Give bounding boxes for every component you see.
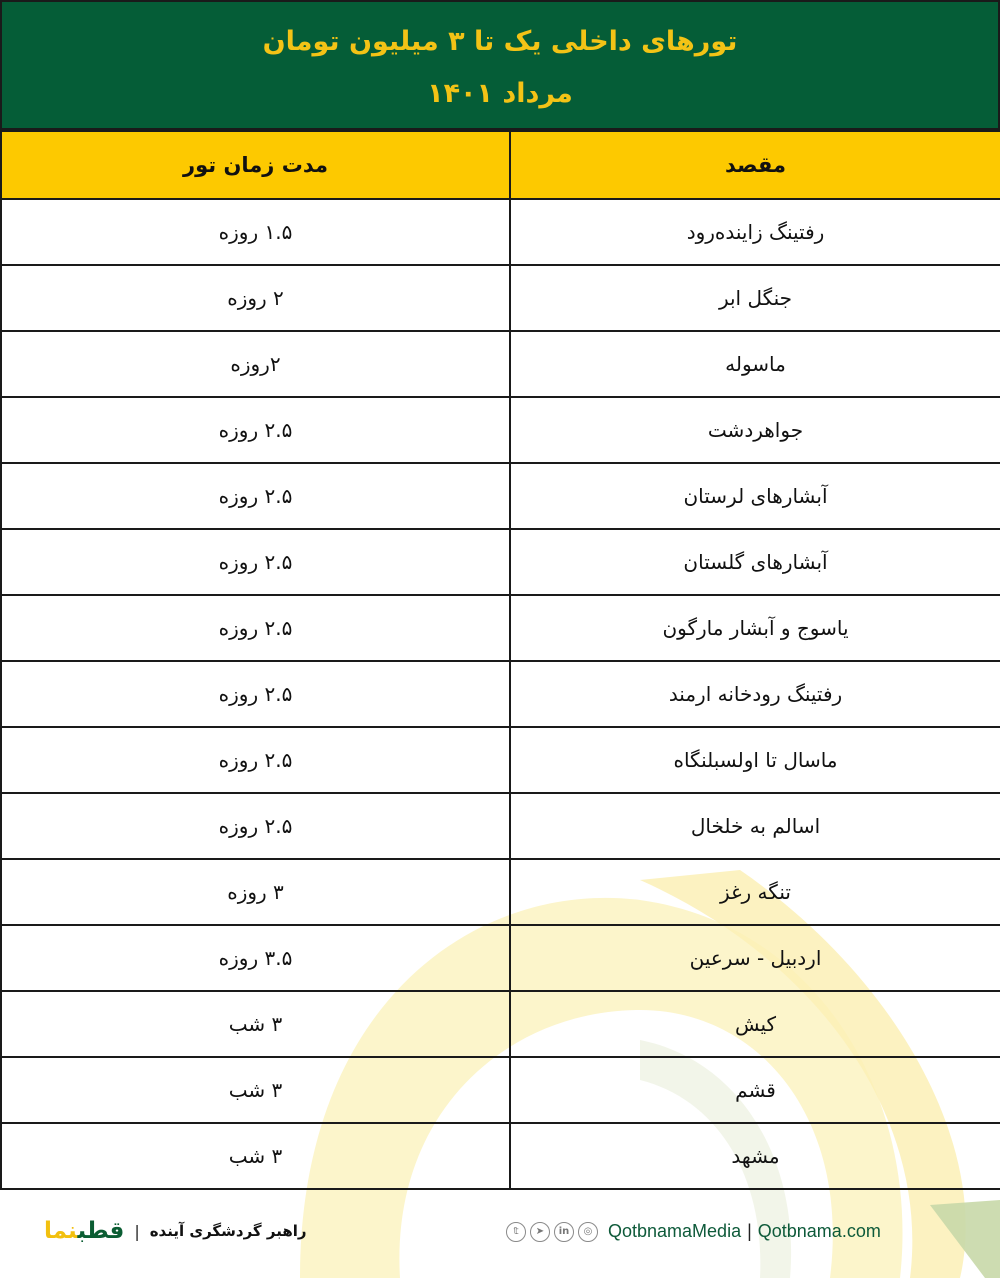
contact-links: QotbnamaMedia|Qotbnama.com bbox=[608, 1221, 881, 1242]
footer: قطبنما | راهبر گردشگری آینده 𝕥 ➤ in ◎ Qo… bbox=[0, 1200, 1000, 1278]
title-banner: تورهای داخلی یک تا ۳ میلیون تومان مرداد … bbox=[0, 0, 1000, 130]
duration-cell: ۲.۵ روزه bbox=[1, 727, 510, 793]
duration-cell: ۲.۵ روزه bbox=[1, 463, 510, 529]
table-row: جنگل ابر۲ روزه bbox=[1, 265, 1000, 331]
brand-logo-part1: قطب bbox=[77, 1218, 124, 1244]
destination-cell: کیش bbox=[510, 991, 1000, 1057]
tours-table: مقصد مدت زمان تور رفتینگ زاینده‌رود۱.۵ ر… bbox=[0, 130, 1000, 1190]
table-row: اردبیل - سرعین۳.۵ روزه bbox=[1, 925, 1000, 991]
table-header-row: مقصد مدت زمان تور bbox=[1, 131, 1000, 199]
duration-cell: ۲.۵ روزه bbox=[1, 661, 510, 727]
table-row: تنگه رغز۳ روزه bbox=[1, 859, 1000, 925]
table-row: یاسوج و آبشار مارگون۲.۵ روزه bbox=[1, 595, 1000, 661]
destination-cell: تنگه رغز bbox=[510, 859, 1000, 925]
destination-cell: جواهردشت bbox=[510, 397, 1000, 463]
table-row: اسالم به خلخال۲.۵ روزه bbox=[1, 793, 1000, 859]
instagram-icon[interactable]: ◎ bbox=[578, 1222, 598, 1242]
duration-cell: ۳ شب bbox=[1, 1057, 510, 1123]
social-links: 𝕥 ➤ in ◎ QotbnamaMedia|Qotbnama.com bbox=[506, 1221, 881, 1242]
duration-cell: ۱.۵ روزه bbox=[1, 199, 510, 265]
brand-logo-part2: نما bbox=[44, 1218, 77, 1244]
page-subtitle-date: مرداد ۱۴۰۱ bbox=[2, 74, 998, 114]
duration-cell: ۲.۵ روزه bbox=[1, 595, 510, 661]
brand-separator: | bbox=[134, 1222, 139, 1241]
brand: قطبنما | راهبر گردشگری آینده bbox=[44, 1216, 307, 1246]
brand-tagline: راهبر گردشگری آینده bbox=[150, 1222, 307, 1240]
duration-cell: ۳ شب bbox=[1, 1123, 510, 1189]
column-header-duration: مدت زمان تور bbox=[1, 131, 510, 199]
table-row: ماسوله۲روزه bbox=[1, 331, 1000, 397]
table-row: ماسال تا اولسبلنگاه۲.۵ روزه bbox=[1, 727, 1000, 793]
table-row: آبشارهای گلستان۲.۵ روزه bbox=[1, 529, 1000, 595]
table-row: جواهردشت۲.۵ روزه bbox=[1, 397, 1000, 463]
duration-cell: ۲.۵ روزه bbox=[1, 793, 510, 859]
link-separator: | bbox=[747, 1221, 752, 1241]
destination-cell: ماسوله bbox=[510, 331, 1000, 397]
social-handle-link[interactable]: QotbnamaMedia bbox=[608, 1221, 741, 1241]
duration-cell: ۲.۵ روزه bbox=[1, 397, 510, 463]
brand-logo[interactable]: قطبنما bbox=[44, 1218, 124, 1244]
duration-cell: ۲.۵ روزه bbox=[1, 529, 510, 595]
destination-cell: رفتینگ زاینده‌رود bbox=[510, 199, 1000, 265]
table-row: رفتینگ زاینده‌رود۱.۵ روزه bbox=[1, 199, 1000, 265]
destination-cell: آبشارهای گلستان bbox=[510, 529, 1000, 595]
duration-cell: ۲روزه bbox=[1, 331, 510, 397]
destination-cell: مشهد bbox=[510, 1123, 1000, 1189]
destination-cell: اردبیل - سرعین bbox=[510, 925, 1000, 991]
destination-cell: یاسوج و آبشار مارگون bbox=[510, 595, 1000, 661]
linkedin-icon[interactable]: in bbox=[554, 1222, 574, 1242]
table-row: رفتینگ رودخانه ارمند۲.۵ روزه bbox=[1, 661, 1000, 727]
destination-cell: قشم bbox=[510, 1057, 1000, 1123]
twitter-icon[interactable]: 𝕥 bbox=[506, 1222, 526, 1242]
duration-cell: ۳.۵ روزه bbox=[1, 925, 510, 991]
duration-cell: ۳ روزه bbox=[1, 859, 510, 925]
destination-cell: ماسال تا اولسبلنگاه bbox=[510, 727, 1000, 793]
duration-cell: ۲ روزه bbox=[1, 265, 510, 331]
telegram-icon[interactable]: ➤ bbox=[530, 1222, 550, 1242]
destination-cell: رفتینگ رودخانه ارمند bbox=[510, 661, 1000, 727]
table-row: کیش۳ شب bbox=[1, 991, 1000, 1057]
table-row: مشهد۳ شب bbox=[1, 1123, 1000, 1189]
destination-cell: جنگل ابر bbox=[510, 265, 1000, 331]
website-link[interactable]: Qotbnama.com bbox=[758, 1221, 881, 1241]
column-header-destination: مقصد bbox=[510, 131, 1000, 199]
duration-cell: ۳ شب bbox=[1, 991, 510, 1057]
table-row: قشم۳ شب bbox=[1, 1057, 1000, 1123]
table-row: آبشارهای لرستان۲.۵ روزه bbox=[1, 463, 1000, 529]
destination-cell: آبشارهای لرستان bbox=[510, 463, 1000, 529]
page-title: تورهای داخلی یک تا ۳ میلیون تومان bbox=[2, 22, 998, 62]
destination-cell: اسالم به خلخال bbox=[510, 793, 1000, 859]
